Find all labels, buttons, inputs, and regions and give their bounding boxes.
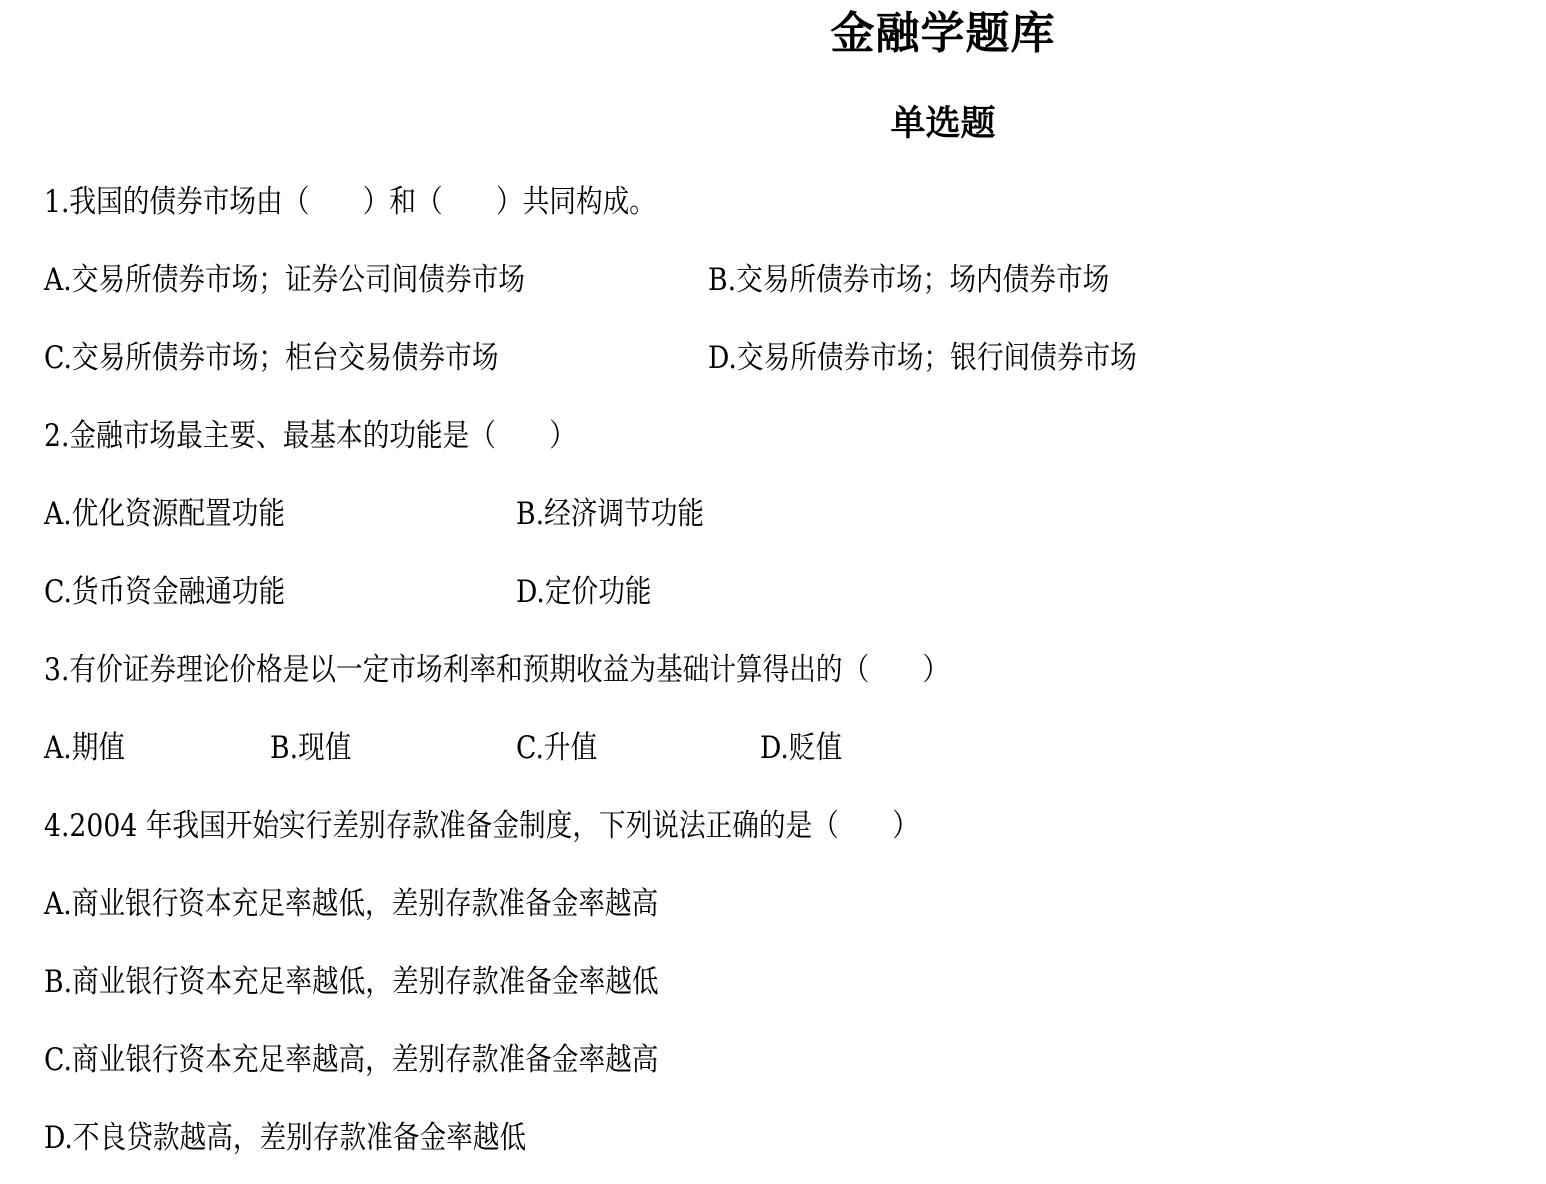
option-a: A.商业银行资本充足率越低，差别存款准备金率越高 xyxy=(44,884,658,924)
section-title: 单选题 xyxy=(0,100,1546,148)
option-b: B.交易所债券市场；场内债券市场 xyxy=(708,260,1109,300)
question-stem: 1.我国的债券市场由（ ）和（ ）共同构成。 xyxy=(44,182,656,222)
option-c: C.升值 xyxy=(516,728,597,768)
option-d: D.交易所债券市场；银行间债券市场 xyxy=(708,338,1137,378)
option-b: B.经济调节功能 xyxy=(516,494,704,534)
option-c: C.货币资金融通功能 xyxy=(44,572,285,612)
option-b: B.商业银行资本充足率越低，差别存款准备金率越低 xyxy=(44,962,659,1002)
document-title: 金融学题库 xyxy=(0,6,1546,62)
option-a: A.期值 xyxy=(44,728,125,768)
option-a: A.交易所债券市场；证券公司间债券市场 xyxy=(44,260,525,300)
question-stem: 3.有价证券理论价格是以一定市场利率和预期收益为基础计算得出的（ ） xyxy=(44,650,949,690)
option-b: B.现值 xyxy=(270,728,351,768)
option-d: D.贬值 xyxy=(760,728,842,768)
option-d: D.定价功能 xyxy=(516,572,652,612)
option-a: A.优化资源配置功能 xyxy=(44,494,285,534)
question-stem: 2.金融市场最主要、最基本的功能是（ ） xyxy=(44,416,576,456)
option-d: D.不良贷款越高，差别存款准备金率越低 xyxy=(44,1118,526,1158)
option-c: C.交易所债券市场；柜台交易债券市场 xyxy=(44,338,498,378)
question-stem: 4.2004 年我国开始实行差别存款准备金制度，下列说法正确的是（ ） xyxy=(44,806,919,846)
option-c: C.商业银行资本充足率越高，差别存款准备金率越高 xyxy=(44,1040,658,1080)
